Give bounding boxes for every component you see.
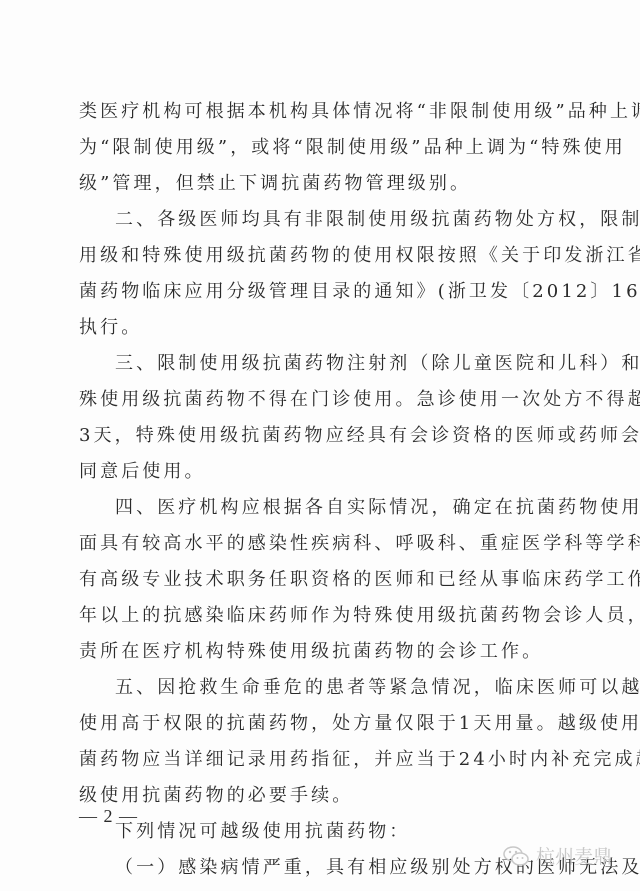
paragraph-item-3: 三、限制使用级抗菌药物注射剂（除儿童医院和儿科）和特 殊使用级抗菌药物不得在门诊… bbox=[79, 346, 539, 490]
text-line: 菌药物临床应用分级管理目录的通知》(浙卫发〔2012〕168号) bbox=[79, 274, 539, 310]
text-line: 同意后使用。 bbox=[79, 454, 539, 490]
text-line: 四、医疗机构应根据各自实际情况，确定在抗菌药物使用方 bbox=[79, 490, 539, 526]
text-line: 3天，特殊使用级抗菌药物应经具有会诊资格的医师或药师会诊 bbox=[79, 418, 539, 454]
text-line: 殊使用级抗菌药物不得在门诊使用。急诊使用一次处方不得超过 bbox=[79, 382, 539, 418]
text-line: 五、因抢救生命垂危的患者等紧急情况，临床医师可以越级 bbox=[79, 670, 539, 706]
document-page: 类医疗机构可根据本机构具体情况将“非限制使用级”品种上调 为“限制使用级”，或将… bbox=[79, 94, 539, 886]
text-line: 有高级专业技术职务任职资格的医师和已经从事临床药学工作五 bbox=[79, 562, 539, 598]
text-line: 类医疗机构可根据本机构具体情况将“非限制使用级”品种上调 bbox=[79, 94, 539, 130]
text-line: 二、各级医师均具有非限制使用级抗菌药物处方权，限制使 bbox=[79, 202, 539, 238]
text-line: 级”管理，但禁止下调抗菌药物管理级别。 bbox=[79, 166, 539, 202]
text-line: 菌药物应当详细记录用药指征，并应当于24小时内补充完成越 bbox=[79, 742, 539, 778]
text-line: 用级和特殊使用级抗菌药物的使用权限按照《关于印发浙江省抗 bbox=[79, 238, 539, 274]
wechat-icon bbox=[502, 845, 530, 867]
text-line: 下列情况可越级使用抗菌药物： bbox=[79, 814, 539, 850]
text-line: 使用高于权限的抗菌药物，处方量仅限于1天用量。越级使用抗 bbox=[79, 706, 539, 742]
page-number: — 2 — bbox=[79, 806, 138, 827]
paragraph-item-5: 五、因抢救生命垂危的患者等紧急情况，临床医师可以越级 使用高于权限的抗菌药物，处… bbox=[79, 670, 539, 814]
text-line: 级使用抗菌药物的必要手续。 bbox=[79, 778, 539, 814]
paragraph-continuation: 类医疗机构可根据本机构具体情况将“非限制使用级”品种上调 为“限制使用级”，或将… bbox=[79, 94, 539, 202]
paragraph-item-4: 四、医疗机构应根据各自实际情况，确定在抗菌药物使用方 面具有较高水平的感染性疾病… bbox=[79, 490, 539, 670]
text-line: 面具有较高水平的感染性疾病科、呼吸科、重症医学科等学科具 bbox=[79, 526, 539, 562]
text-line: 执行。 bbox=[79, 310, 539, 346]
paragraph-list-intro: 下列情况可越级使用抗菌药物： bbox=[79, 814, 539, 850]
text-line: （一）感染病情严重，具有相应级别处方权的医师无法及时 bbox=[79, 850, 539, 886]
text-line: 为“限制使用级”，或将“限制使用级”品种上调为“特殊使用 bbox=[79, 130, 539, 166]
text-line: 三、限制使用级抗菌药物注射剂（除儿童医院和儿科）和特 bbox=[79, 346, 539, 382]
watermark-text: 杭州麦鼎 bbox=[536, 842, 612, 869]
paragraph-list-item-1: （一）感染病情严重，具有相应级别处方权的医师无法及时 bbox=[79, 850, 539, 886]
watermark: 杭州麦鼎 bbox=[502, 842, 612, 869]
text-line: 责所在医疗机构特殊使用级抗菌药物的会诊工作。 bbox=[79, 634, 539, 670]
paragraph-item-2: 二、各级医师均具有非限制使用级抗菌药物处方权，限制使 用级和特殊使用级抗菌药物的… bbox=[79, 202, 539, 346]
text-line: 年以上的抗感染临床药师作为特殊使用级抗菌药物会诊人员，负 bbox=[79, 598, 539, 634]
